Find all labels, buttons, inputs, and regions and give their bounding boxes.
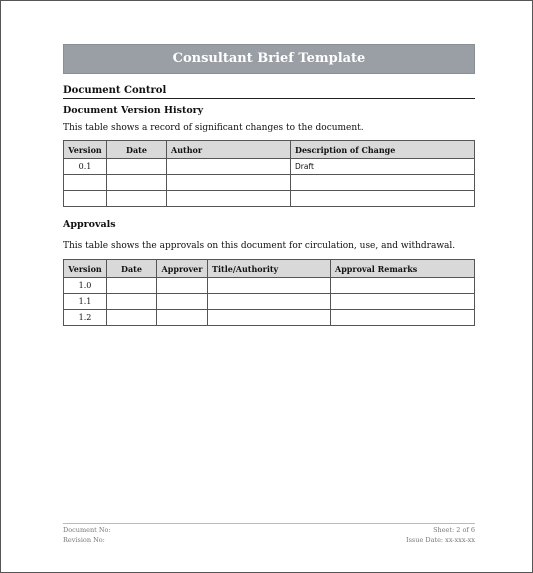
- section-divider: [63, 98, 475, 99]
- table-cell: [107, 310, 157, 326]
- table-cell: [167, 159, 291, 175]
- table-cell: 1.0: [64, 278, 107, 294]
- footer-issue-date: Issue Date: xx-xxx-xx: [406, 536, 475, 544]
- table-cell: 0.1: [64, 159, 107, 175]
- column-header: Date: [107, 141, 167, 159]
- table-row: 0.1Draft: [64, 159, 475, 175]
- table-cell: 1.1: [64, 294, 107, 310]
- approvals-description: This table shows the approvals on this d…: [63, 241, 455, 251]
- footer-divider: [63, 523, 475, 524]
- table-cell: [64, 175, 107, 191]
- table-row: [64, 191, 475, 207]
- table-cell: [107, 159, 167, 175]
- table-cell: [331, 294, 475, 310]
- table-row: [64, 175, 475, 191]
- table-cell: [331, 278, 475, 294]
- table-cell: [157, 294, 208, 310]
- column-header: Approver: [157, 260, 208, 278]
- version-history-table: VersionDateAuthorDescription of Change 0…: [63, 140, 475, 207]
- version-history-heading: Document Version History: [63, 105, 203, 116]
- table-cell: [107, 278, 157, 294]
- table-cell: 1.2: [64, 310, 107, 326]
- table-cell: [208, 310, 331, 326]
- table-cell: [167, 175, 291, 191]
- table-row: 1.2: [64, 310, 475, 326]
- table-cell: [167, 191, 291, 207]
- column-header: Version: [64, 141, 107, 159]
- table-cell: [107, 191, 167, 207]
- table-cell: [157, 310, 208, 326]
- version-history-description: This table shows a record of significant…: [63, 123, 364, 133]
- table-row: 1.0: [64, 278, 475, 294]
- document-title: Consultant Brief Template: [63, 44, 475, 74]
- column-header: Version: [64, 260, 107, 278]
- table-cell: [157, 278, 208, 294]
- footer-document-no: Document No:: [63, 526, 111, 534]
- footer-sheet: Sheet: 2 of 6: [433, 526, 475, 534]
- section-heading: Document Control: [63, 85, 166, 96]
- table-cell: [208, 294, 331, 310]
- table-cell: Draft: [291, 159, 475, 175]
- column-header: Author: [167, 141, 291, 159]
- approvals-heading: Approvals: [63, 219, 116, 230]
- footer-revision-no: Revision No:: [63, 536, 105, 544]
- table-cell: [291, 191, 475, 207]
- table-cell: [208, 278, 331, 294]
- table-cell: [107, 294, 157, 310]
- column-header: Title/Authority: [208, 260, 331, 278]
- column-header: Description of Change: [291, 141, 475, 159]
- table-cell: [291, 175, 475, 191]
- table-cell: [64, 191, 107, 207]
- column-header: Approval Remarks: [331, 260, 475, 278]
- column-header: Date: [107, 260, 157, 278]
- table-cell: [331, 310, 475, 326]
- table-cell: [107, 175, 167, 191]
- approvals-table: VersionDateApproverTitle/AuthorityApprov…: [63, 259, 475, 326]
- table-row: 1.1: [64, 294, 475, 310]
